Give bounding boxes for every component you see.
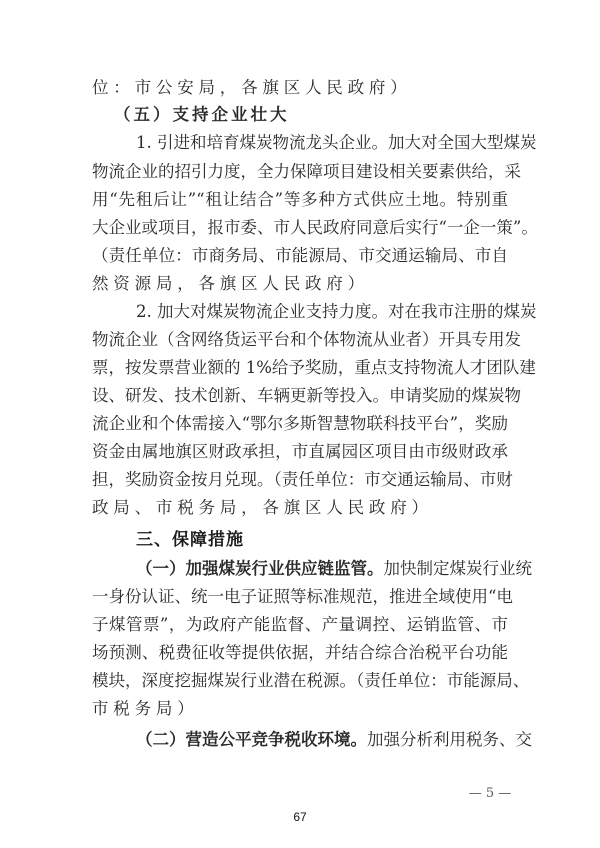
pdf-page-number: 67: [285, 810, 315, 824]
section-heading: 三、保障措施: [136, 528, 508, 552]
bold-lead: （一）加强煤炭行业供应链监管。: [136, 559, 384, 578]
text-line: 位：市公安局，各旗区人民政府）: [92, 76, 508, 100]
paragraph-line: 流企业和个体需接入“鄂尔多斯智慧物联科技平台”，奖励: [92, 412, 508, 436]
line-text: 加强分析利用税务、交: [367, 730, 532, 749]
bold-lead: （二）营造公平竞争税收环境。: [136, 730, 367, 749]
paragraph-line: 子煤管票”，为政府产能监督、产量调控、运销监管、市: [92, 613, 508, 637]
paragraph-line: 大企业或项目，报市委、市人民政府同意后实行“一企一策”。: [92, 216, 508, 240]
paragraph-line: 一身份认证、统一电子证照等标准规范，推进全域使用“电: [92, 585, 508, 609]
paragraph-line: 设、研发、技术创新、车辆更新等投入。申请奖励的煤炭物: [92, 384, 508, 408]
section-subheading: （五）支持企业壮大: [114, 103, 508, 127]
paragraph-line: （一）加强煤炭行业供应链监管。加快制定煤炭行业统: [136, 557, 508, 581]
paragraph-line: 然资源局，各旗区人民政府）: [92, 272, 508, 296]
paragraph-line: （二）营造公平竞争税收环境。加强分析利用税务、交: [136, 728, 508, 752]
line-text: 加快制定煤炭行业统: [384, 559, 533, 578]
paragraph-line: 担，奖励资金按月兑现。（责任单位：市交通运输局、市财: [92, 468, 508, 492]
paragraph-line: 物流企业（含网络货运平台和个体物流从业者）开具专用发: [92, 328, 508, 352]
page-number: — 5 —: [460, 786, 520, 801]
paragraph-line: 模块，深度挖掘煤炭行业潜在税源。（责任单位：市能源局、: [92, 669, 508, 693]
paragraph-line: 政局、市税务局，各旗区人民政府）: [92, 496, 508, 520]
paragraph-line: 2. 加大对煤炭物流企业支持力度。对在我市注册的煤炭: [136, 300, 508, 324]
document-page: 位：市公安局，各旗区人民政府） （五）支持企业壮大 1. 引进和培育煤炭物流龙头…: [0, 0, 600, 848]
paragraph-line: 物流企业的招引力度，全力保障项目建设相关要素供给，采: [92, 160, 508, 184]
paragraph-line: 1. 引进和培育煤炭物流龙头企业。加大对全国大型煤炭: [136, 131, 508, 155]
paragraph-line: （责任单位：市商务局、市能源局、市交通运输局、市自: [92, 244, 508, 268]
paragraph-line: 用“先租后让”“租让结合”等多种方式供应土地。特别重: [92, 188, 508, 212]
paragraph-line: 市税务局）: [92, 697, 508, 721]
paragraph-line: 资金由属地旗区财政承担，市直属园区项目由市级财政承: [92, 440, 508, 464]
paragraph-line: 场预测、税费征收等提供依据，并结合综合治税平台功能: [92, 641, 508, 665]
paragraph-line: 票，按发票营业额的 1%给予奖励，重点支持物流人才团队建: [92, 356, 508, 380]
